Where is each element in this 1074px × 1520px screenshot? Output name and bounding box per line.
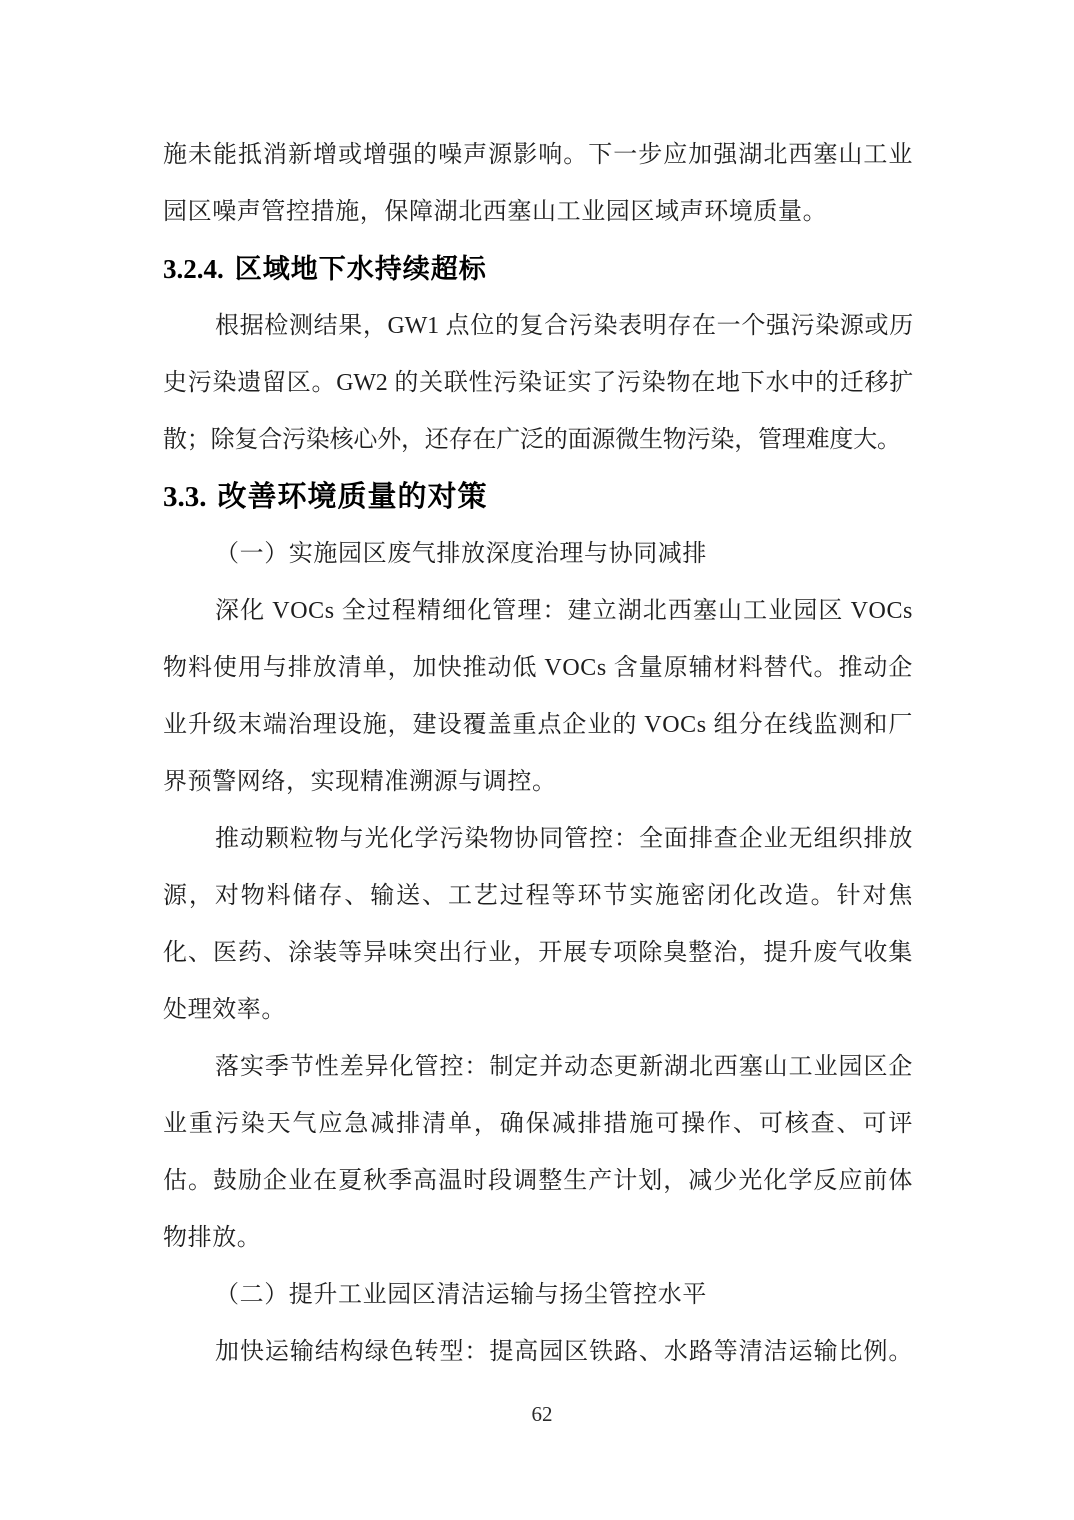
paragraph-groundwater: 根据检测结果，GW1 点位的复合污染表明存在一个强污染源或历史污染遗留区。GW2… xyxy=(163,298,913,469)
section-heading-3-3: 3.3.改善环境质量的对策 xyxy=(163,469,913,526)
item-two-title: （二）提升工业园区清洁运输与扬尘管控水平 xyxy=(163,1267,913,1324)
heading-number: 3.2.4. xyxy=(163,254,224,284)
paragraph-seasonal: 落实季节性差异化管控：制定并动态更新湖北西塞山工业园区企业重污染天气应急减排清单… xyxy=(163,1039,913,1267)
paragraph-particulate: 推动颗粒物与光化学污染物协同管控：全面排查企业无组织排放源，对物料储存、输送、工… xyxy=(163,811,913,1039)
page-number: 62 xyxy=(10,1399,1074,1429)
item-one-title: （一）实施园区废气排放深度治理与协同减排 xyxy=(163,526,913,583)
section-heading-3-2-4: 3.2.4.区域地下水持续超标 xyxy=(163,241,913,298)
paragraph-noise-continued: 施未能抵消新增或增强的噪声源影响。下一步应加强湖北西塞山工业园区噪声管控措施，保… xyxy=(163,127,913,241)
paragraph-vocs: 深化 VOCs 全过程精细化管理：建立湖北西塞山工业园区 VOCs 物料使用与排… xyxy=(163,583,913,811)
heading-number: 3.3. xyxy=(163,481,207,513)
page-body: 施未能抵消新增或增强的噪声源影响。下一步应加强湖北西塞山工业园区噪声管控措施，保… xyxy=(163,127,913,1381)
paragraph-transport: 加快运输结构绿色转型：提高园区铁路、水路等清洁运输比例。 xyxy=(163,1324,913,1381)
heading-title: 区域地下水持续超标 xyxy=(235,254,487,284)
document-page: 施未能抵消新增或增强的噪声源影响。下一步应加强湖北西塞山工业园区噪声管控措施，保… xyxy=(0,0,1074,1520)
heading-title: 改善环境质量的对策 xyxy=(218,481,488,513)
